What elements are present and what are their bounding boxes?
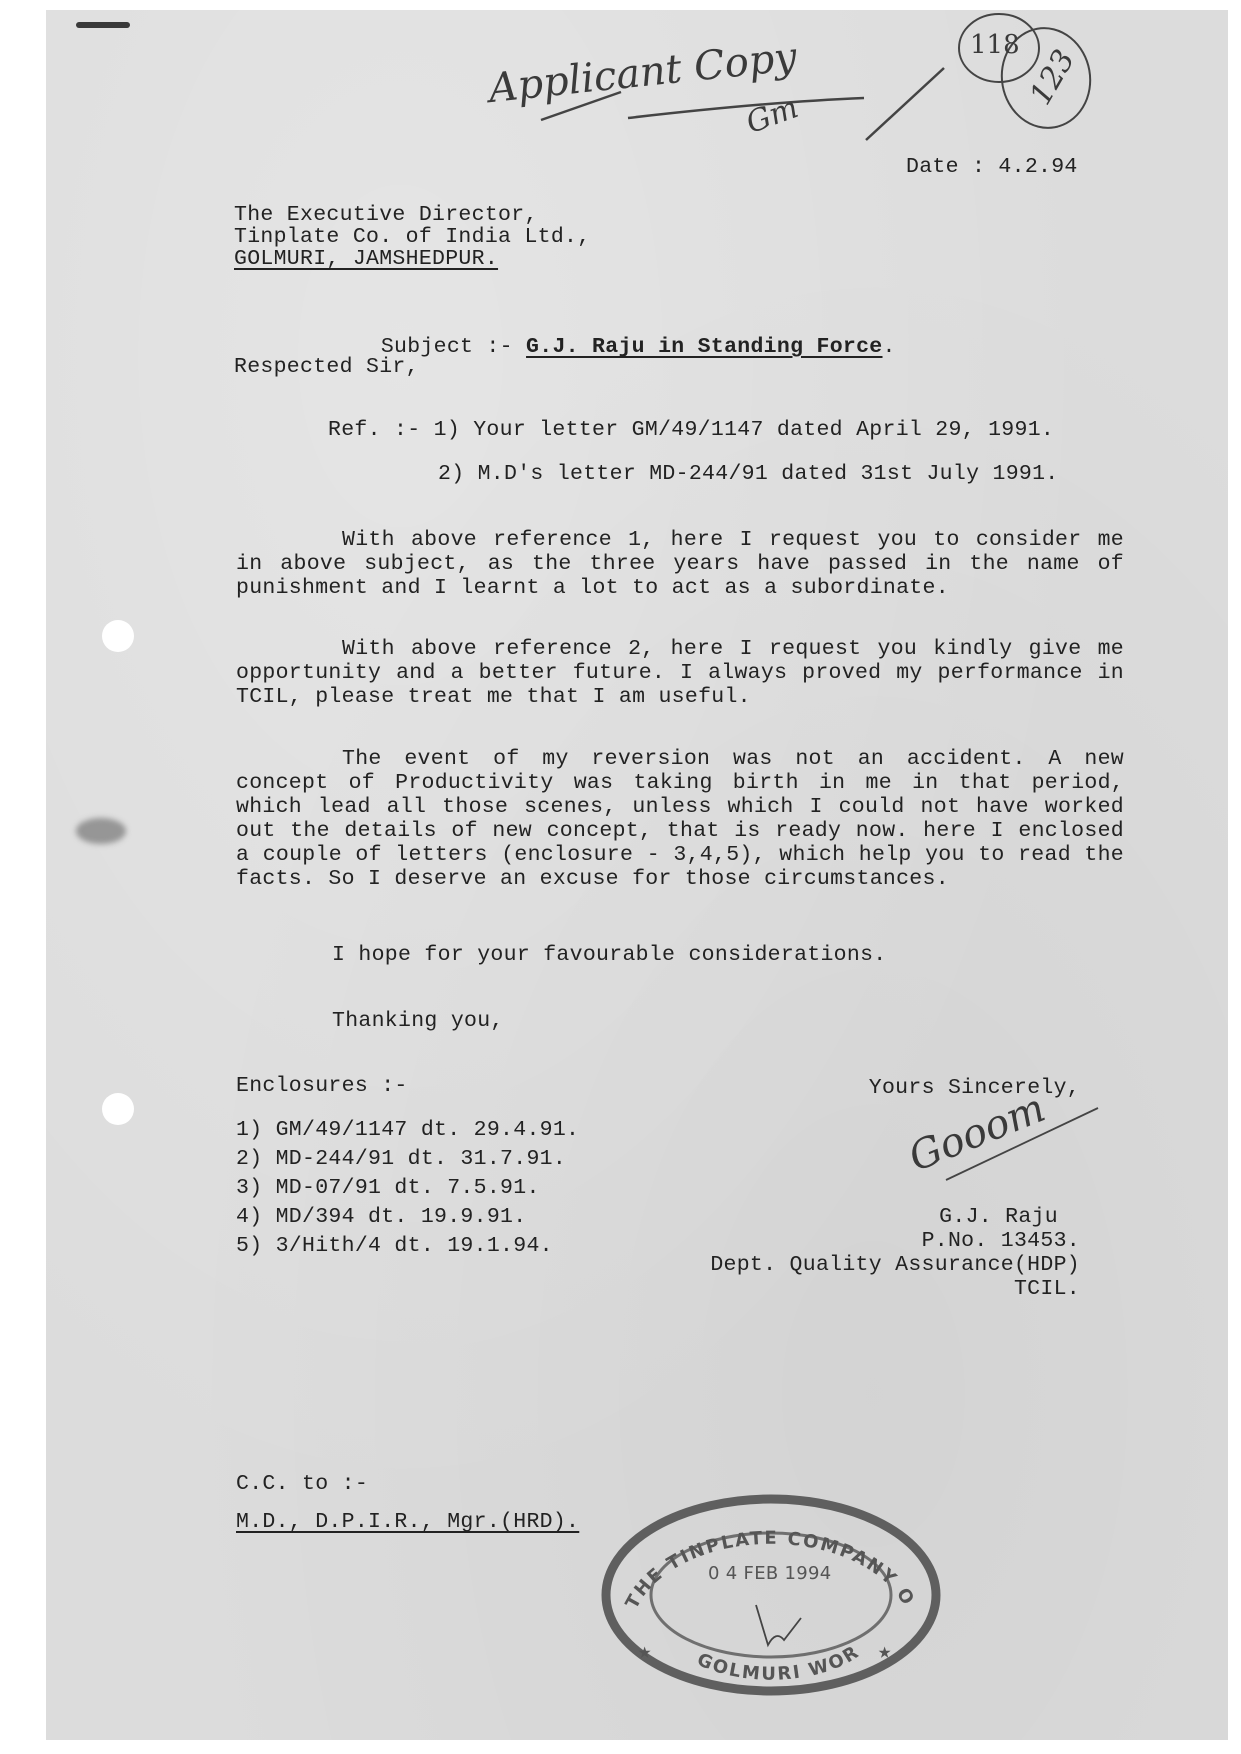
thanking-you: Thanking you, (332, 1009, 504, 1033)
staple-mark (76, 22, 130, 28)
sender-org: TCIL. (710, 1277, 1080, 1301)
body-paragraph-1: With above reference 1, here I request y… (236, 528, 1124, 600)
punch-hole-bottom (102, 1093, 134, 1125)
subject-text: G.J. Raju in Standing Force (526, 335, 882, 359)
recipient-line-3: GOLMURI, JAMSHEDPUR. (234, 247, 498, 271)
punch-hole-top (102, 620, 134, 652)
enclosure-item: 5) 3/Hith/4 dt. 19.1.94. (236, 1234, 579, 1263)
file-number-118: 118 (970, 30, 1020, 60)
reference-1: Ref. :- 1) Your letter GM/49/1147 dated … (328, 418, 1054, 442)
enclosure-item: 2) MD-244/91 dt. 31.7.91. (236, 1147, 579, 1176)
ink-smudge (76, 818, 126, 844)
enclosure-item: 1) GM/49/1147 dt. 29.4.91. (236, 1118, 579, 1147)
letter-page: Applicant Copy Gm 118 123 Date : 4.2.94 … (46, 10, 1228, 1740)
handwritten-initials: Gm (742, 90, 803, 141)
sender-dept: Dept. Quality Assurance(HDP) (710, 1253, 1080, 1277)
stamp-rings: THE TINPLATE COMPANY OF INDIA LIMITED GO… (596, 1490, 946, 1700)
svg-text:★: ★ (638, 1640, 651, 1665)
yours-sincerely: Yours Sincerely, (869, 1076, 1080, 1100)
enclosures-label: Enclosures :- (236, 1074, 408, 1098)
enclosure-item: 4) MD/394 dt. 19.9.91. (236, 1205, 579, 1234)
stamp-date: 0 4 FEB 1994 (708, 1562, 832, 1586)
salutation: Respected Sir, (234, 355, 419, 379)
closing-hope: I hope for your favourable consideration… (332, 943, 887, 967)
enclosures-list: 1) GM/49/1147 dt. 29.4.91. 2) MD-244/91 … (236, 1118, 579, 1263)
sender-pno: P.No. 13453. (710, 1229, 1080, 1253)
file-number-123: 123 (1023, 44, 1082, 111)
body-paragraph-3: The event of my reversion was not an acc… (236, 747, 1124, 891)
company-stamp: THE TINPLATE COMPANY OF INDIA LIMITED GO… (596, 1490, 946, 1700)
sender-block: G.J. Raju P.No. 13453. Dept. Quality Ass… (710, 1205, 1080, 1301)
svg-text:★: ★ (878, 1640, 891, 1665)
subject-end: . (883, 335, 896, 359)
sender-name: G.J. Raju (688, 1205, 1058, 1229)
letter-date: Date : 4.2.94 (906, 155, 1078, 179)
cc-label: C.C. to :- (236, 1472, 368, 1496)
recipient-line-1: The Executive Director, (234, 203, 538, 227)
handwritten-applicant-copy: Applicant Copy (486, 34, 798, 112)
enclosure-item: 3) MD-07/91 dt. 7.5.91. (236, 1176, 579, 1205)
cc-list: M.D., D.P.I.R., Mgr.(HRD). (236, 1510, 579, 1534)
signature-stroke (46, 10, 47, 11)
body-paragraph-2: With above reference 2, here I request y… (236, 637, 1124, 709)
recipient-line-2: Tinplate Co. of India Ltd., (234, 225, 590, 249)
reference-2: 2) M.D's letter MD-244/91 dated 31st Jul… (438, 462, 1059, 486)
